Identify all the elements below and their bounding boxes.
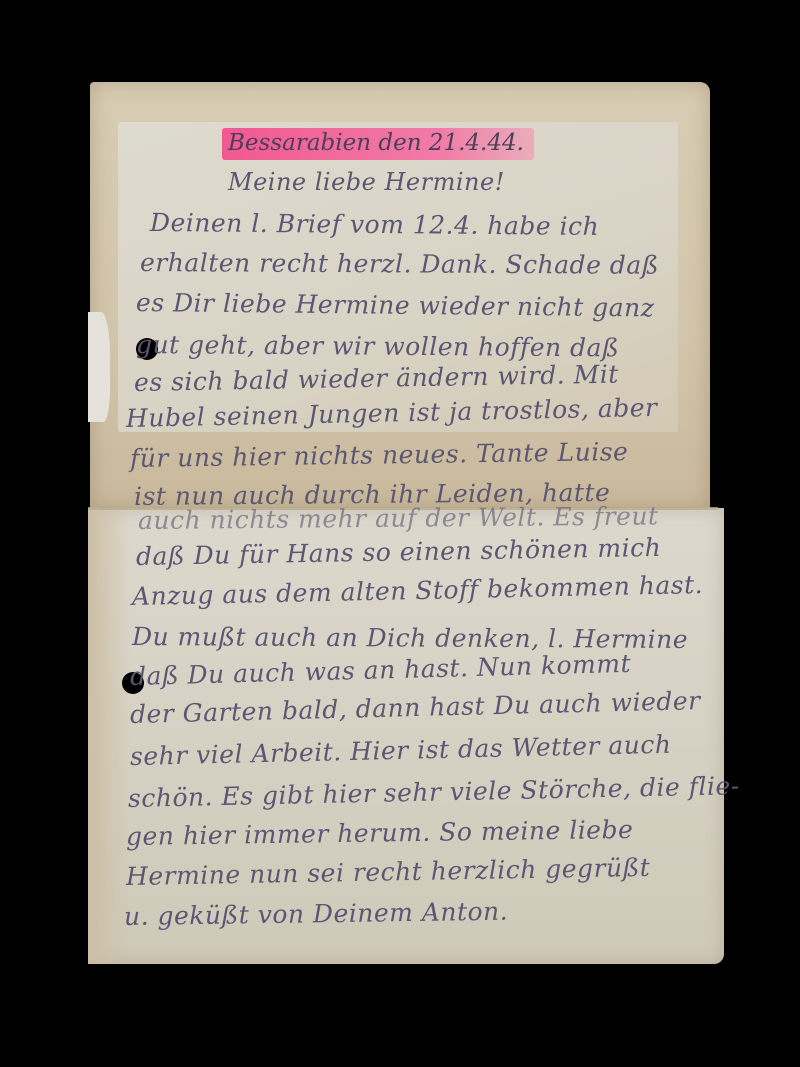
letter-line: der Garten bald, dann hast Du auch wiede… <box>130 686 701 729</box>
letter-line: gen hier immer herum. So meine liebe <box>126 815 634 851</box>
letter-line: Hermine nun sei recht herzlich gegrüßt <box>126 853 651 891</box>
letter-line: auch nichts mehr auf der Welt. Es freut <box>138 501 659 535</box>
letter-line: schön. Es gibt hier sehr viele Störche, … <box>128 771 740 813</box>
letter-date-header: Bessarabien den 21.4.44. <box>222 128 534 160</box>
letter-line: Deinen l. Brief vom 12.4. habe ich <box>150 208 599 241</box>
letter-line: erhalten recht herzl. Dank. Schade daß <box>140 248 659 280</box>
letter-line: sehr viel Arbeit. Hier ist das Wetter au… <box>130 730 672 771</box>
letter-line: für uns hier nichts neues. Tante Luise <box>130 437 629 473</box>
letter-line: Anzug aus dem alten Stoff bekommen hast. <box>132 570 704 611</box>
letter-line: gut geht, aber wir wollen hoffen daß <box>136 330 619 362</box>
letter-text: Bessarabien den 21.4.44. Meine liebe Her… <box>0 0 800 1067</box>
letter-line: daß Du auch was an hast. Nun kommt <box>130 649 632 691</box>
letter-line: es sich bald wieder ändern wird. Mit <box>134 360 619 397</box>
letter-signoff: u. geküßt von Deinem Anton. <box>124 897 509 931</box>
letter-photo: Bessarabien den 21.4.44. Meine liebe Her… <box>0 0 800 1067</box>
letter-line: Hubel seinen Jungen ist ja trostlos, abe… <box>126 393 658 433</box>
letter-line: daß Du für Hans so einen schönen mich <box>136 533 662 571</box>
letter-salutation: Meine liebe Hermine! <box>228 168 505 196</box>
letter-line: es Dir liebe Hermine wieder nicht ganz <box>136 288 655 322</box>
